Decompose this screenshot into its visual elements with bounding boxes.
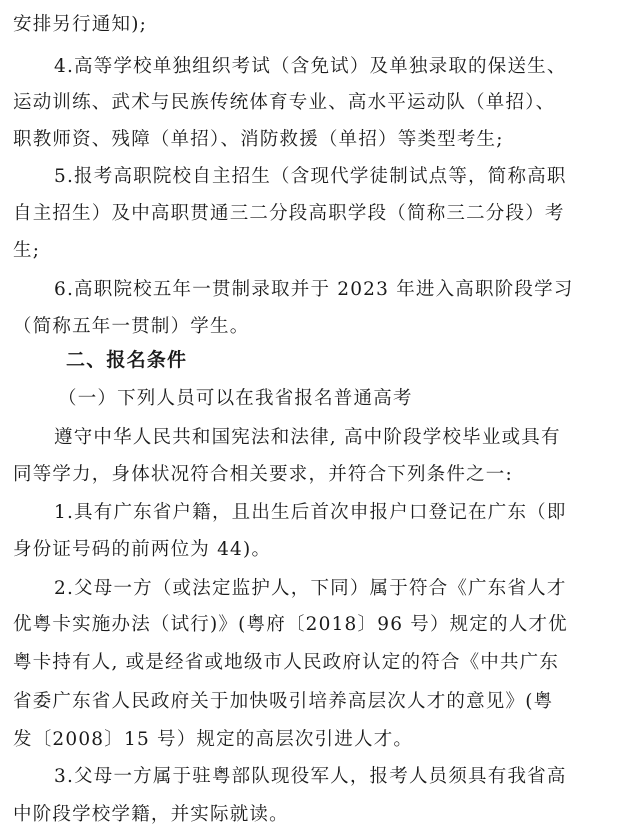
text-line: 优粤卡实施办法（试行)》(粤府〔2018〕96 号）规定的人才优 — [13, 613, 568, 637]
list-item-5: 5.报考高职院校自主招生（含现代学徒制试点等，简称高职 — [54, 165, 567, 189]
list-item-3: 3.父母一方属于驻粤部队现役军人，报考人员须具有我省高 — [54, 765, 567, 789]
text-line: 安排另行通知); — [13, 13, 147, 37]
text-line: 自主招生）及中高职贯通三二分段高职学段（简称三二分段）考 — [13, 202, 565, 226]
text-line: 省委广东省人民政府关于加快吸引培养高层次人才的意见》(粤 — [13, 690, 553, 714]
section-heading: 二、报名条件 — [66, 348, 187, 372]
paragraph-intro: 遵守中华人民共和国宪法和法律, 高中阶段学校毕业或具有 — [54, 426, 561, 450]
list-item-4: 4.高等学校单独组织考试（含免试）及单独录取的保送生、 — [54, 55, 567, 79]
list-item-6: 6.高职院校五年一贯制录取并于 2023 年进入高职阶段学习 — [54, 278, 574, 302]
text-line: 粤卡持有人, 或是经省或地级市人民政府认定的符合《中共广东 — [13, 651, 559, 675]
subsection-heading: （一）下列人员可以在我省报名普通高考 — [58, 387, 413, 411]
list-item-1: 1.具有广东省户籍，且出生后首次申报户口登记在广东（即 — [54, 501, 567, 525]
text-line: （简称五年一贯制）学生。 — [13, 315, 249, 339]
text-line: 运动训练、武术与民族传统体育专业、高水平运动队（单招）、 — [13, 91, 555, 115]
text-line: 同等学力，身体状况符合相关要求，并符合下列条件之一: — [13, 463, 513, 487]
list-item-2: 2.父母一方（或法定监护人，下同）属于符合《广东省人才 — [54, 577, 567, 601]
text-line: 生; — [13, 239, 40, 263]
text-line: 职教师资、残障（单招）、消防救援（单招）等类型考生; — [13, 128, 504, 152]
text-line: 中阶段学校学籍，并实际就读。 — [13, 803, 289, 827]
text-line: 身份证号码的前两位为 44)。 — [13, 538, 271, 562]
text-line: 发〔2008〕15 号）规定的高层次引进人才。 — [13, 728, 413, 752]
